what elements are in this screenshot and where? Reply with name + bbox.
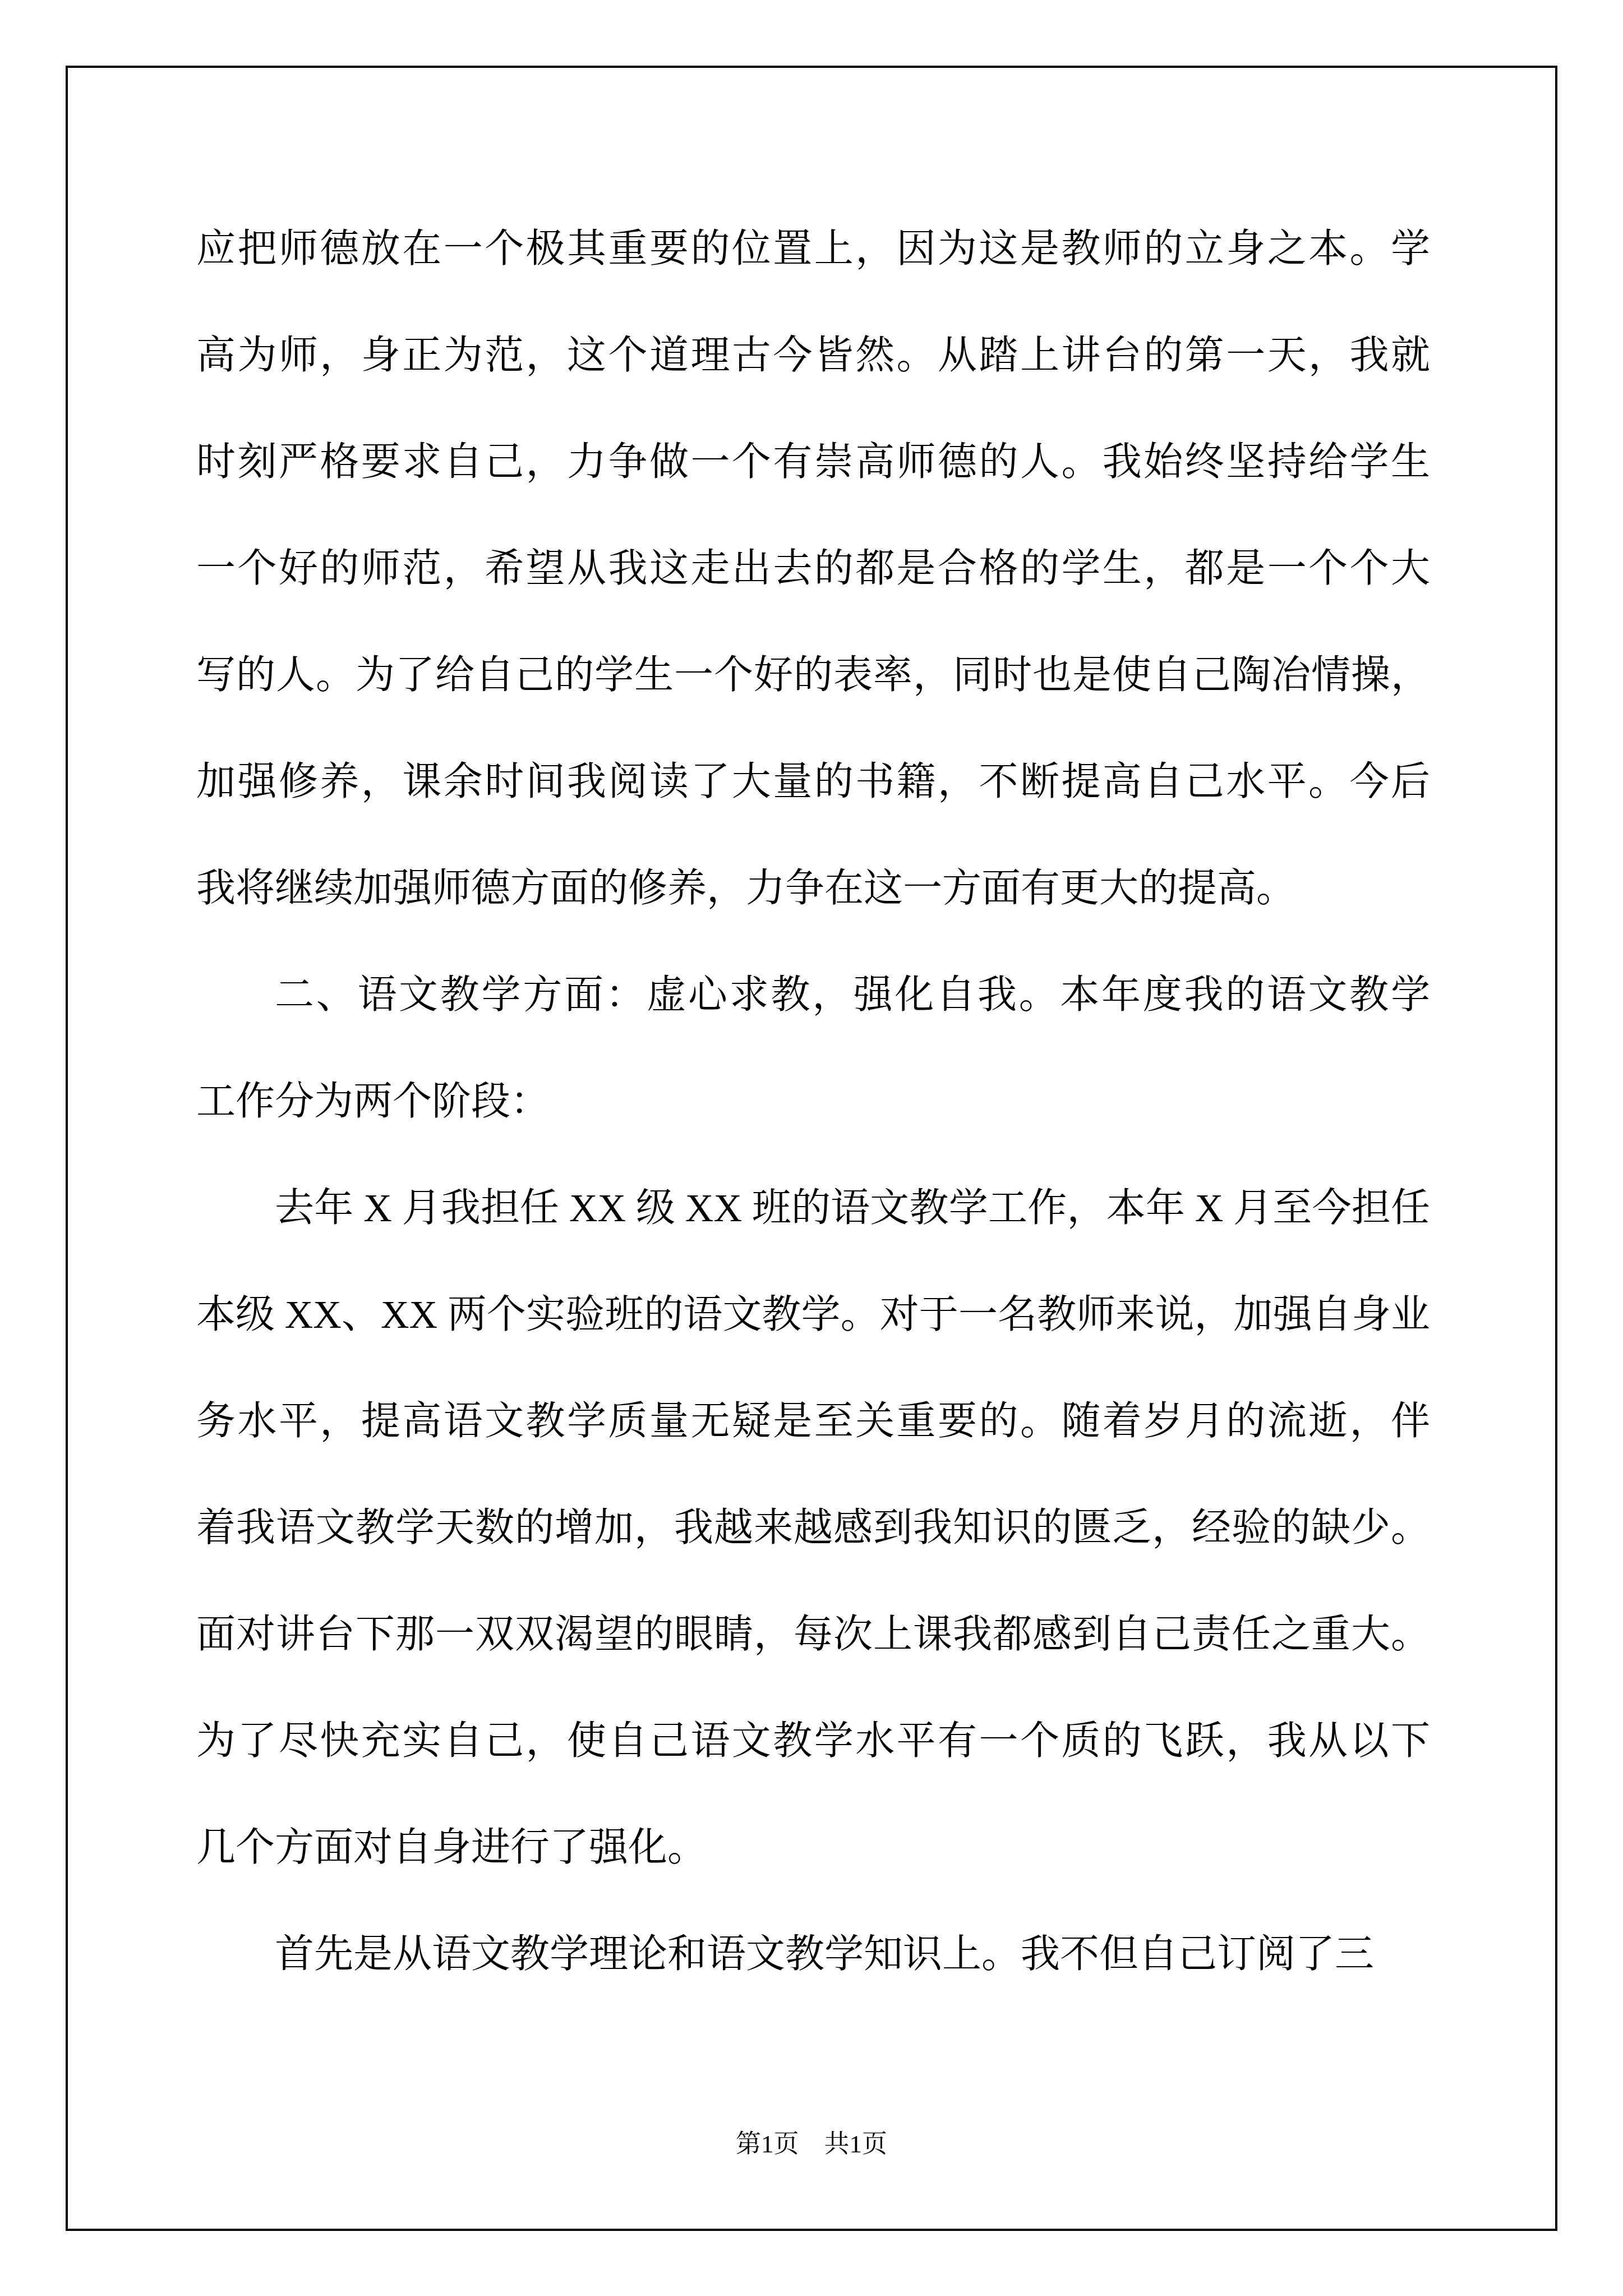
- text-line: 二、语文教学方面：虚心求教，强化自我。本年度我的语文教学: [196, 942, 1430, 1049]
- text-line: 写的人。为了给自己的学生一个好的表率，同时也是使自己陶冶情操，: [196, 623, 1430, 729]
- text-line: 高为师，身正为范，这个道理古今皆然。从踏上讲台的第一天，我就: [196, 303, 1430, 409]
- document-body: 应把师德放在一个极其重要的位置上，因为这是教师的立身之本。学高为师，身正为范，这…: [196, 196, 1430, 2008]
- text-line: 为了尽快充实自己，使自己语文教学水平有一个质的飞跃，我从以下: [196, 1688, 1430, 1795]
- text-line: 本级 XX、XX 两个实验班的语文教学。对于一名教师来说，加强自身业: [196, 1262, 1430, 1369]
- text-line: 首先是从语文教学理论和语文教学知识上。我不但自己订阅了三: [196, 1902, 1430, 2008]
- text-line: 时刻严格要求自己，力争做一个有崇高师德的人。我始终坚持给学生: [196, 409, 1430, 516]
- text-line: 我将继续加强师德方面的修养，力争在这一方面有更大的提高。: [196, 836, 1430, 942]
- text-line: 工作分为两个阶段：: [196, 1049, 1430, 1156]
- page-number-footer: 第1页 共1页: [0, 2116, 1623, 2172]
- text-line: 一个好的师范，希望从我这走出去的都是合格的学生，都是一个个大: [196, 516, 1430, 623]
- text-line: 着我语文教学天数的增加，我越来越感到我知识的匮乏，经验的缺少。: [196, 1475, 1430, 1582]
- text-line: 加强修养，课余时间我阅读了大量的书籍，不断提高自己水平。今后: [196, 729, 1430, 836]
- text-line: 面对讲台下那一双双渴望的眼睛，每次上课我都感到自己责任之重大。: [196, 1582, 1430, 1688]
- document-page: 应把师德放在一个极其重要的位置上，因为这是教师的立身之本。学高为师，身正为范，这…: [0, 0, 1623, 2296]
- text-line: 应把师德放在一个极其重要的位置上，因为这是教师的立身之本。学: [196, 196, 1430, 303]
- text-line: 务水平，提高语文教学质量无疑是至关重要的。随着岁月的流逝，伴: [196, 1369, 1430, 1475]
- text-line: 几个方面对自身进行了强化。: [196, 1795, 1430, 1902]
- text-line: 去年 X 月我担任 XX 级 XX 班的语文教学工作，本年 X 月至今担任: [196, 1156, 1430, 1262]
